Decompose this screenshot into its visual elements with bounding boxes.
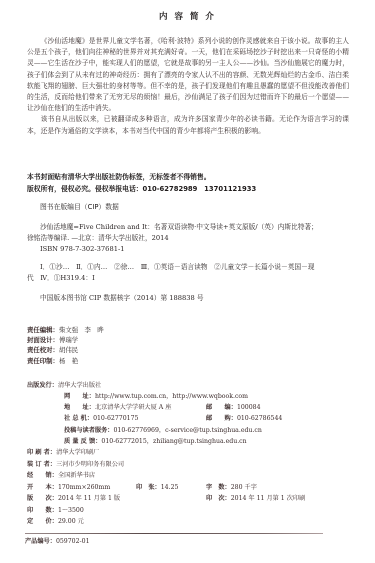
publisher-website-row: 网 址：http://www.tup.com.cn，http://www.wqb… [64,392,248,403]
publisher-row: 出版发行：清华大学出版社 [27,381,101,392]
cip-classification-line-2: 代 Ⅳ．①H319.4：Ⅰ [27,273,349,284]
publisher-switchboard-row: 社 总 机：010-62770175 [64,414,138,425]
cip-classification-line-1: Ⅰ．①沙… Ⅱ．①内… ②徐… Ⅲ．①英语－语言读物 ②儿童文学－长篇小说－英国… [27,262,349,273]
publisher-website-link: http://www.tup.com.cn，http://www.wqbook.… [95,393,248,400]
product-code-row: 产品编号：059702-01 [25,537,90,548]
cip-entry-line-2: 徐铭浩等编译. —北京：清华大学出版社，2014 [27,233,349,244]
staff-row-editor: 责任编辑：柴文强 李 晔 [27,325,104,335]
sheets-row: 印 张：14.25 [136,483,178,494]
cip-isbn: ISBN 978-7-302-37681-1 [27,244,349,255]
binder-row: 装 订 者：三河市少明印务有限公司 [27,460,124,471]
printer-row: 印 刷 者：清华大学印刷厂 [27,448,99,459]
divider-line [25,533,323,534]
cip-heading: 图书在版编目（CIP）数据 [40,201,119,211]
print-run-row: 印 数：1～3500 [27,506,84,517]
cip-approval: 中国版本图书馆 CIP 数据核字（2014）第 188838 号 [40,293,204,304]
anti-counterfeit-notice: 本书封面贴有清华大学出版社防伪标签，无标签者不得销售。 [27,172,211,184]
publisher-quality-row: 质 量 反 馈：010-62772015，zhiliang@tup.tsingh… [64,437,247,448]
staff-list: 责任编辑：柴文强 李 晔 封面设计：傅瑞学 责任校对：胡伟民 责任印制：杨 艳 [27,325,104,366]
impression-row: 印 次：2014 年 11 月第 1 次印刷 [206,494,305,505]
copyright-notice: 版权所有，侵权必究。侵权举报电话：010-62782989 1370112193… [27,184,256,196]
format-row: 开 本：170mm×260mm [27,483,110,494]
intro-paragraph-2: 该书自从出版以来，已被翻译成多种语言，成为许多国家青少年的必读书籍。无论作为语言… [27,114,349,136]
cip-entry-line-1: 沙仙活地魔=Five Children and It：名著双语读物·中文导读+英… [27,222,349,233]
cip-classification: Ⅰ．①沙… Ⅱ．①内… ②徐… Ⅲ．①英语－语言读物 ②儿童文学－长篇小说－英国… [27,262,349,284]
distributor-row: 经 销：全国新华书店 [27,471,95,482]
price-row: 定 价：29.00 元 [27,517,84,528]
intro-section: 《沙仙活地魔》是世界儿童文学名著，《哈利·波特》系列小说的创作灵感就来自于该小说… [27,36,349,137]
publisher-address-row: 地 址：北京清华大学学研大厦 A 座 [64,403,171,414]
staff-row-cover-design: 封面设计：傅瑞学 [27,335,104,345]
staff-row-proofreader: 责任校对：胡伟民 [27,345,104,355]
staff-row-print-supervisor: 责任印制：杨 艳 [27,356,104,366]
words-row: 字 数：280 千字 [206,483,257,494]
edition-row: 版 次：2014 年 11 月第 1 版 [27,494,120,505]
publisher-service-row: 投稿与读者服务：010-62776969，c-service@tup.tsing… [64,426,262,437]
cip-entry: 沙仙活地魔=Five Children and It：名著双语读物·中文导读+英… [27,222,349,255]
intro-paragraph-1: 《沙仙活地魔》是世界儿童文学名著，《哈利·波特》系列小说的创作灵感就来自于该小说… [27,36,349,114]
page-title: 内 容 简 介 [0,10,375,22]
publisher-postcode-row: 邮 编：100084 [206,403,261,414]
publisher-mail-order-row: 邮 购：010-62786544 [206,414,282,425]
